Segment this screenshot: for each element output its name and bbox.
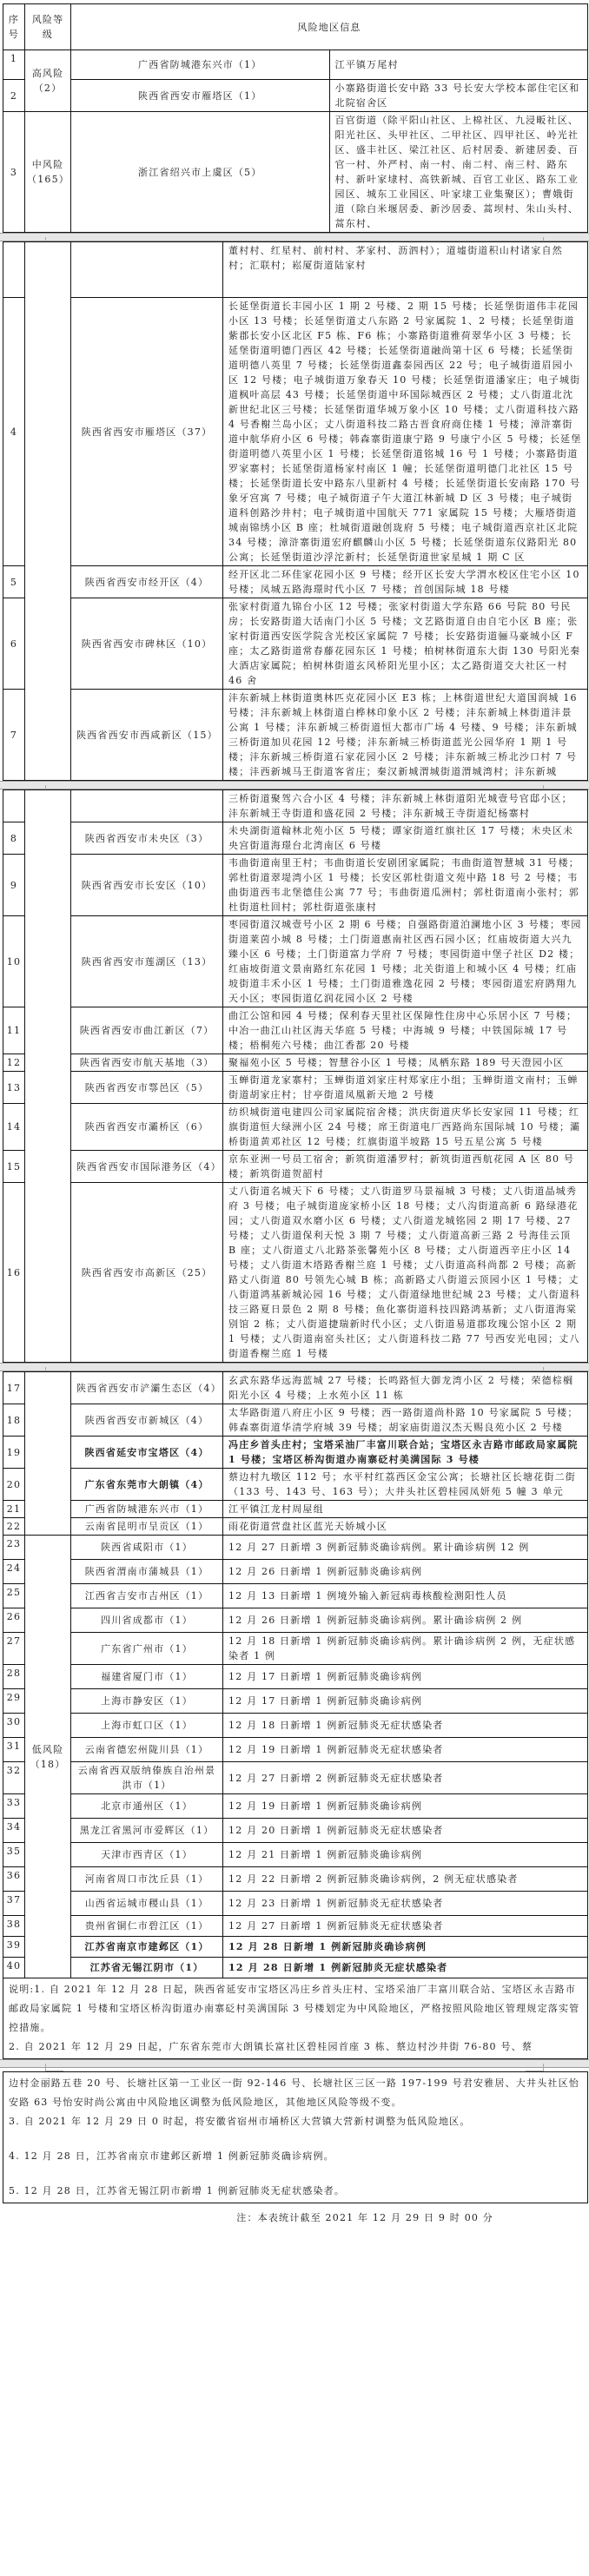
- notes-section-part-1: 说明:1. 自 2021 年 12 月 28 日起，陕西省延安市宝塔区冯庄乡首头…: [3, 1978, 588, 2059]
- table-row: 12 陕西省西安市航天基地（3） 聚福苑小区 5 号楼；智慧谷小区 1 号楼；凤…: [3, 1054, 588, 1072]
- table-row: 7 陕西省西安市西咸新区（15） 沣东新城上林街道奥林匹克花园小区 E3 栋；上…: [3, 690, 588, 781]
- level-low: 低风险（18）: [25, 1536, 71, 1978]
- note-3: 3. 自 2021 年 12 月 29 日 0 时起，将安徽省宿州市埇桥区大营镇…: [9, 2112, 582, 2131]
- page-3: 三桥街道聚驾六合小区 4 号楼；沣东新城上林街道阳光城壹号官邸小区；沣东新城王寺…: [0, 789, 589, 1363]
- note-5: 5. 12 月 28 日，江苏省无锡江阴市新增 1 例新冠肺炎无症状感染者。: [9, 2182, 582, 2201]
- table-row: 11 陕西省西安市曲江新区（7） 曲江公馆和园 4 号楼；保利春天里社区保障性住…: [3, 1007, 588, 1054]
- table-row: 18 陕西省西安市新城区（4） 太华路街道八府庄小区 9 号楼；西一路街道尚朴路…: [3, 1404, 588, 1437]
- table-row: 10 陕西省西安市莲湖区（13） 枣园街道汉城壹号小区 2 期 6 号楼；自强路…: [3, 916, 588, 1007]
- page-2: 董村村、红星村、前村村、茅家村、沥泗村）；道墟街道积山村诸家自然村；汇联村；崧厦…: [0, 241, 589, 781]
- table-row: 19 陕西省延安市宝塔区（4） 冯庄乡首头庄村；宝塔采油厂丰富川联合站；宝塔区永…: [3, 1437, 588, 1469]
- table-row: 3 中风险（165） 浙江省绍兴市上虞区（5） 百官街道（除平阳山社区、上棉社区…: [3, 112, 588, 233]
- page-break: [0, 233, 589, 241]
- level-high: 高风险（2）: [25, 50, 71, 112]
- note-2-cont: 边村金丽路五巷 20 号、长塘社区第一工业区一街 92-146 号、长塘社区三区…: [9, 2074, 582, 2112]
- table-row: 37 山西省运城市稷山县（1） 12 月 23 日新增 1 例新冠肺炎无症状感染…: [3, 1892, 588, 1916]
- note-1: 说明:1. 自 2021 年 12 月 28 日起，陕西省延安市宝塔区冯庄乡首头…: [9, 1980, 582, 2038]
- table-row: 23 低风险（18） 陕西省咸阳市（1） 12 月 27 日新增 3 例新冠肺炎…: [3, 1536, 588, 1560]
- table-row: 4 陕西省西安市雁塔区（37） 长延堡街道长丰园小区 1 期 2 号楼、2 期 …: [3, 298, 588, 566]
- header-info: 风险地区信息: [71, 4, 588, 50]
- table-row: 32 云南省西双版纳傣族自治州景洪市（1） 12 月 27 日新增 2 例新冠肺…: [3, 1762, 588, 1794]
- table-row: 13 陕西省西安市鄠邑区（5） 玉蝉街道龙家寨村；玉蝉街道刘家庄村郑家庄小组；玉…: [3, 1072, 588, 1104]
- table-row: 9 陕西省西安市长安区（10） 韦曲街道南里王村；韦曲街道长安剧团家属院；韦曲街…: [3, 855, 588, 916]
- table-row: 30 上海市虹口区（1） 12 月 18 日新增 1 例新冠肺炎无症状感染者: [3, 1714, 588, 1738]
- table-row: 14 陕西省西安市灞桥区（6） 纺织城街道电建四公司家属院宿舍楼；洪庆街道庆华长…: [3, 1104, 588, 1151]
- table-row: 33 北京市通州区（1） 12 月 19 日新增 1 例新冠肺炎确诊病例: [3, 1794, 588, 1819]
- statistics-cutoff-note: 注：本表统计截至 2021 年 12 月 29 日 9 时 00 分: [0, 2210, 589, 2224]
- risk-table-part-3: 三桥街道聚驾六合小区 4 号楼；沣东新城上林街道阳光城壹号官邸小区；沣东新城王寺…: [3, 789, 588, 1363]
- table-row-continued: 董村村、红星村、前村村、茅家村、沥泗村）；道墟街道积山村诸家自然村；汇联村；崧厦…: [3, 242, 588, 298]
- header-level: 风险等级: [25, 4, 71, 50]
- risk-table-part-2: 董村村、红星村、前村村、茅家村、沥泗村）；道墟街道积山村诸家自然村；汇联村；崧厦…: [3, 241, 588, 781]
- table-row: 28 福建省厦门市（1） 12 月 17 日新增 1 例新冠肺炎确诊病例: [3, 1665, 588, 1689]
- table-row: 5 陕西省西安市经开区（4） 经开区北二环佳家花园小区 9 号楼；经开区长安大学…: [3, 566, 588, 598]
- risk-table-part-4: 17 陕西省西安市浐灞生态区（4） 玄武东路华远海蓝城 27 号楼；长鸣路恒大御…: [3, 1371, 588, 1978]
- table-row: 29 上海市静安区（1） 12 月 17 日新增 1 例新冠肺炎确诊病例: [3, 1689, 588, 1714]
- table-row: 38 贵州省铜仁市碧江区（1） 12 月 27 日新增 1 例新冠肺炎无症状感染…: [3, 1916, 588, 1937]
- note-2: 2. 自 2021 年 12 月 29 日起，广东省东莞市大朗镇长富社区碧桂园首…: [9, 2038, 582, 2057]
- table-header: 序号 风险等级 风险地区信息: [3, 4, 588, 50]
- page-4: 17 陕西省西安市浐灞生态区（4） 玄武东路华远海蓝城 27 号楼；长鸣路恒大御…: [0, 1371, 589, 2059]
- page-1: 序号 风险等级 风险地区信息 1 高风险（2） 广西省防城港东兴市（1） 江平镇…: [0, 0, 589, 233]
- note-4: 4. 12 月 28 日，江苏省南京市建邺区新增 1 例新冠肺炎确诊病例。: [9, 2147, 582, 2166]
- page-5: 边村金丽路五巷 20 号、长塘社区第一工业区一街 92-146 号、长塘社区三区…: [0, 2071, 589, 2355]
- table-row: 24 陕西省渭南市蒲城县（1） 12 月 26 日新增 1 例新冠肺炎确诊病例: [3, 1560, 588, 1584]
- table-row: 20 广东省东莞市大朗镇（4） 蔡边村九墩区 112 号；水平村红荔西区金宝公寓…: [3, 1469, 588, 1501]
- table-row: 40 江苏省无锡江阴市（1） 12 月 28 日新增 1 例新冠肺炎无症状感染者: [3, 1958, 588, 1978]
- table-row: 31 云南省德宏州陇川县（1） 12 月 19 日新增 1 例新冠肺炎无症状感染…: [3, 1738, 588, 1762]
- table-row: 25 江西省吉安市吉州区（1） 12 月 13 日新增 1 例境外输入新冠病毒核…: [3, 1584, 588, 1608]
- table-row: 2 陕西省西安市雁塔区（1） 小寨路街道长安中路 33 号长安大学校本部住宅区和…: [3, 80, 588, 112]
- table-row: 21 广西省防城港东兴市（1） 江平镇江龙村周屋组: [3, 1501, 588, 1518]
- table-row: 35 天津市西青区（1） 12 月 21 日新增 1 例新冠肺炎确诊病例: [3, 1843, 588, 1867]
- table-row: 17 陕西省西安市浐灞生态区（4） 玄武东路华远海蓝城 27 号楼；长鸣路恒大御…: [3, 1372, 588, 1404]
- table-row: 27 广东省广州市（1） 12 月 18 日新增 1 例新冠肺炎确诊病例。累计确…: [3, 1633, 588, 1665]
- table-row: 6 陕西省西安市碑林区（10） 张家村街道九锦台小区 12 号楼；张家村街道大学…: [3, 598, 588, 690]
- table-row: 26 四川省成都市（1） 12 月 26 日新增 1 例新冠肺炎确诊病例。累计确…: [3, 1608, 588, 1633]
- page-break: [0, 781, 589, 789]
- page-break: [0, 1363, 589, 1371]
- table-row: 16 陕西省西安市高新区（25） 丈八街道名城天下 6 号楼；丈八街道罗马景福城…: [3, 1183, 588, 1363]
- risk-table-part-1: 序号 风险等级 风险地区信息 1 高风险（2） 广西省防城港东兴市（1） 江平镇…: [3, 3, 588, 233]
- page-break: [0, 2059, 589, 2068]
- table-row-continued: 三桥街道聚驾六合小区 4 号楼；沣东新城上林街道阳光城壹号官邸小区；沣东新城王寺…: [3, 790, 588, 822]
- table-row: 15 陕西省西安市国际港务区（4） 京东亚洲一号员工宿舍；新筑街道潘罗村；新筑街…: [3, 1151, 588, 1183]
- notes-section-part-2: 边村金丽路五巷 20 号、长塘社区第一工业区一街 92-146 号、长塘社区三区…: [3, 2071, 588, 2203]
- header-no: 序号: [3, 4, 25, 50]
- level-medium: 中风险（165）: [25, 112, 71, 233]
- table-row: 34 黑龙江省黑河市爱辉区（1） 12 月 20 日新增 1 例新冠肺炎无症状感…: [3, 1819, 588, 1843]
- table-row: 1 高风险（2） 广西省防城港东兴市（1） 江平镇万尾村: [3, 50, 588, 80]
- table-row: 36 河南省周口市沈丘县（1） 12 月 22 日新增 2 例新冠肺炎确诊病例，…: [3, 1867, 588, 1892]
- table-row: 39 江苏省南京市建邺区（1） 12 月 28 日新增 1 例新冠肺炎确诊病例: [3, 1937, 588, 1958]
- table-row: 22 云南省昆明市呈贡区（1） 雨花街道营盘社区蓝光天娇城小区: [3, 1518, 588, 1536]
- table-row: 8 陕西省西安市未央区（3） 未央湖街道翰林北苑小区 5 号楼；谭家街道红旗社区…: [3, 822, 588, 855]
